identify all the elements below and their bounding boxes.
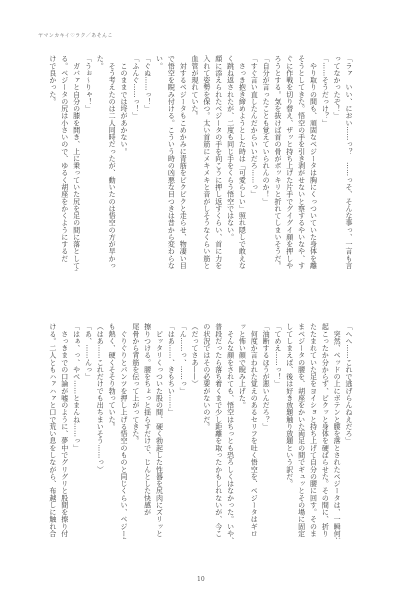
text-column: も熱く、硬くそそり勃っていた。 [105, 323, 117, 539]
text-column: やり取りの間も、頑固なベジータは胸にくっついていた身体を離 [307, 55, 319, 271]
text-column: まベジータの腰を、胡座をかいた両足の間でギュッとその場に固定 [295, 323, 307, 539]
running-title: ヤマンカキイ♡ラク／あそんこ [38, 33, 113, 39]
text-column: 「……そうだっけ？」 [318, 55, 330, 271]
text-column: 「あ、……んっ」 [82, 323, 94, 539]
text-column: たたまれていた足をヨイショと持ち上げて自分の腰に回す。そのま [307, 323, 319, 539]
body-text-lower: 「へへ……これで逃げらんねえだろ」 突然、ベッドの上にボテンと腰を落とされたベジ… [46, 323, 354, 539]
text-column: 入れて姿勢を保つ。太い首筋にメキメキと音がしそうなくらい筋と [200, 55, 212, 271]
text-column: そうとしてきた。悟空の手を引き剥がせないと察するやいなや、す [295, 55, 307, 271]
text-column: 「はぁ、っ、やべ……とまんね……っ」 [70, 323, 82, 539]
text-column: （だってさあ——） [188, 323, 200, 539]
text-column: く跳ね返されたが、二度も同じ手をくらう悟空ではない。 [224, 55, 236, 271]
text-column: さっき抱き締めようとした時は「可愛らしい」照れ隠しで敢えな [236, 55, 248, 271]
text-column: 普段だったら落ち着くまで少し距離を取ったかもしれないが、今こ [212, 323, 224, 539]
text-column: 「すぐ言い直したんだからいいだろ……っ」 [247, 55, 259, 271]
text-column: 「ラァ いい、におい……っ？ ……っそ、そんな事っ、一言も言 [342, 55, 354, 271]
text-column: （はあ……これだけでも出ちまいそう……っ） [93, 323, 105, 539]
text-column: ガバァと自分の膝を開き、上に乗っていた尻を足の間に落としてや [70, 55, 82, 271]
text-column: ける。二人ともハァハァと口で荒い息をしながら、布越しに触れ合 [46, 323, 58, 539]
text-column: い。 [153, 55, 165, 271]
text-column: る。ベジータの尻は小さいので、ゆるく胡座をかくようにするだ [58, 55, 70, 271]
text-column: 「はあ……、きもちい……」 [165, 323, 177, 539]
body-text-upper: 「ラァ いい、におい……っ？ ……っそ、そんな事っ、一言も言 ってなかったぞ！」… [46, 55, 354, 271]
text-column: けで良かった。 [46, 55, 58, 271]
text-column: 「ふんぐ……っ！」 [129, 55, 141, 271]
text-column: そんな顔をされても、悟空はちっとも恐ろしくはなかった。いや、 [224, 323, 236, 539]
text-column: 何度か言われた覚えのあるセリフを吐く悟空を、ベジータはギロ [247, 323, 259, 539]
text-column: 「油断するほうが悪いんだろ？」 [259, 323, 271, 539]
text-column: 「ん……っ、……っ」 [176, 323, 188, 539]
text-column: 「うぉ〜りゃ！」 [82, 55, 94, 271]
text-column: 突然、ベッドの上にボテンと腰を落とされたベジータは、一瞬何が [330, 323, 342, 539]
text-column: このままでは埒があかない。 [117, 55, 129, 271]
text-column: ぐに作戦を切り替え、ザッと持ち上げた片手でグイグイ顔を押しや [283, 55, 295, 271]
text-column: 「ぐぬ……っ！」 [141, 55, 153, 271]
text-column: 対するベジータもこめかみに青筋をピクピクと走らせ、物凄い目 [176, 55, 188, 271]
text-column: 尾骨から背筋を伝って上がってきた。 [129, 323, 141, 539]
text-column: 起こったか分からず、ビクッと身体を硬ばらせた。その間に、折り [318, 323, 330, 539]
text-column: で悟空を睨み付ける。こういう時の凶悪な目つきは昔から変わらな [165, 55, 177, 271]
text-column: ぐりぐりとパンツを押し上げる悟空のものと同じくらい、ベジータのモノ [117, 323, 129, 539]
text-column: 血管が現れていた。 [188, 55, 200, 271]
text-column: ってなかったぞ！」 [330, 55, 342, 271]
page-number: 10 [197, 576, 205, 583]
text-column: 顔に添えられたベジータの手を向こうに押し返すくらい、首に力を [212, 55, 224, 271]
text-column: 「へへ……これで逃げらんねえだろ」 [342, 323, 354, 539]
text-column: ピッタリくっついた股の間、硬く勃起した性器を尻肉にズリッと [153, 323, 165, 539]
text-column: 擦りつける。腰をちょっと揺らすだけで、じんとした快感が [141, 323, 153, 539]
text-column: 「てめえ……っ！」 [271, 323, 283, 539]
text-column: た。 [93, 55, 105, 271]
text-column: してしまえば、後は好き放題触り放題という訳だ。 [283, 323, 295, 539]
text-column: さっきまでの口論が嘘のように、夢中でグリグリと股間を擦り付 [58, 323, 70, 539]
text-column: そう考えたのは二人同時だったが、動いたのは悟空の方が早かっ [105, 55, 117, 271]
text-column: ろうとする。気を抜けば首の骨がボッキリと折れてしまいそうだ。 [271, 55, 283, 271]
text-column: ッと怖い顔で睨み上げた。 [236, 323, 248, 539]
text-column: 「自分が言ったことも覚えていられんのか！」 [259, 55, 271, 271]
text-column: の状況ではその必要がないのだ。 [200, 323, 212, 539]
